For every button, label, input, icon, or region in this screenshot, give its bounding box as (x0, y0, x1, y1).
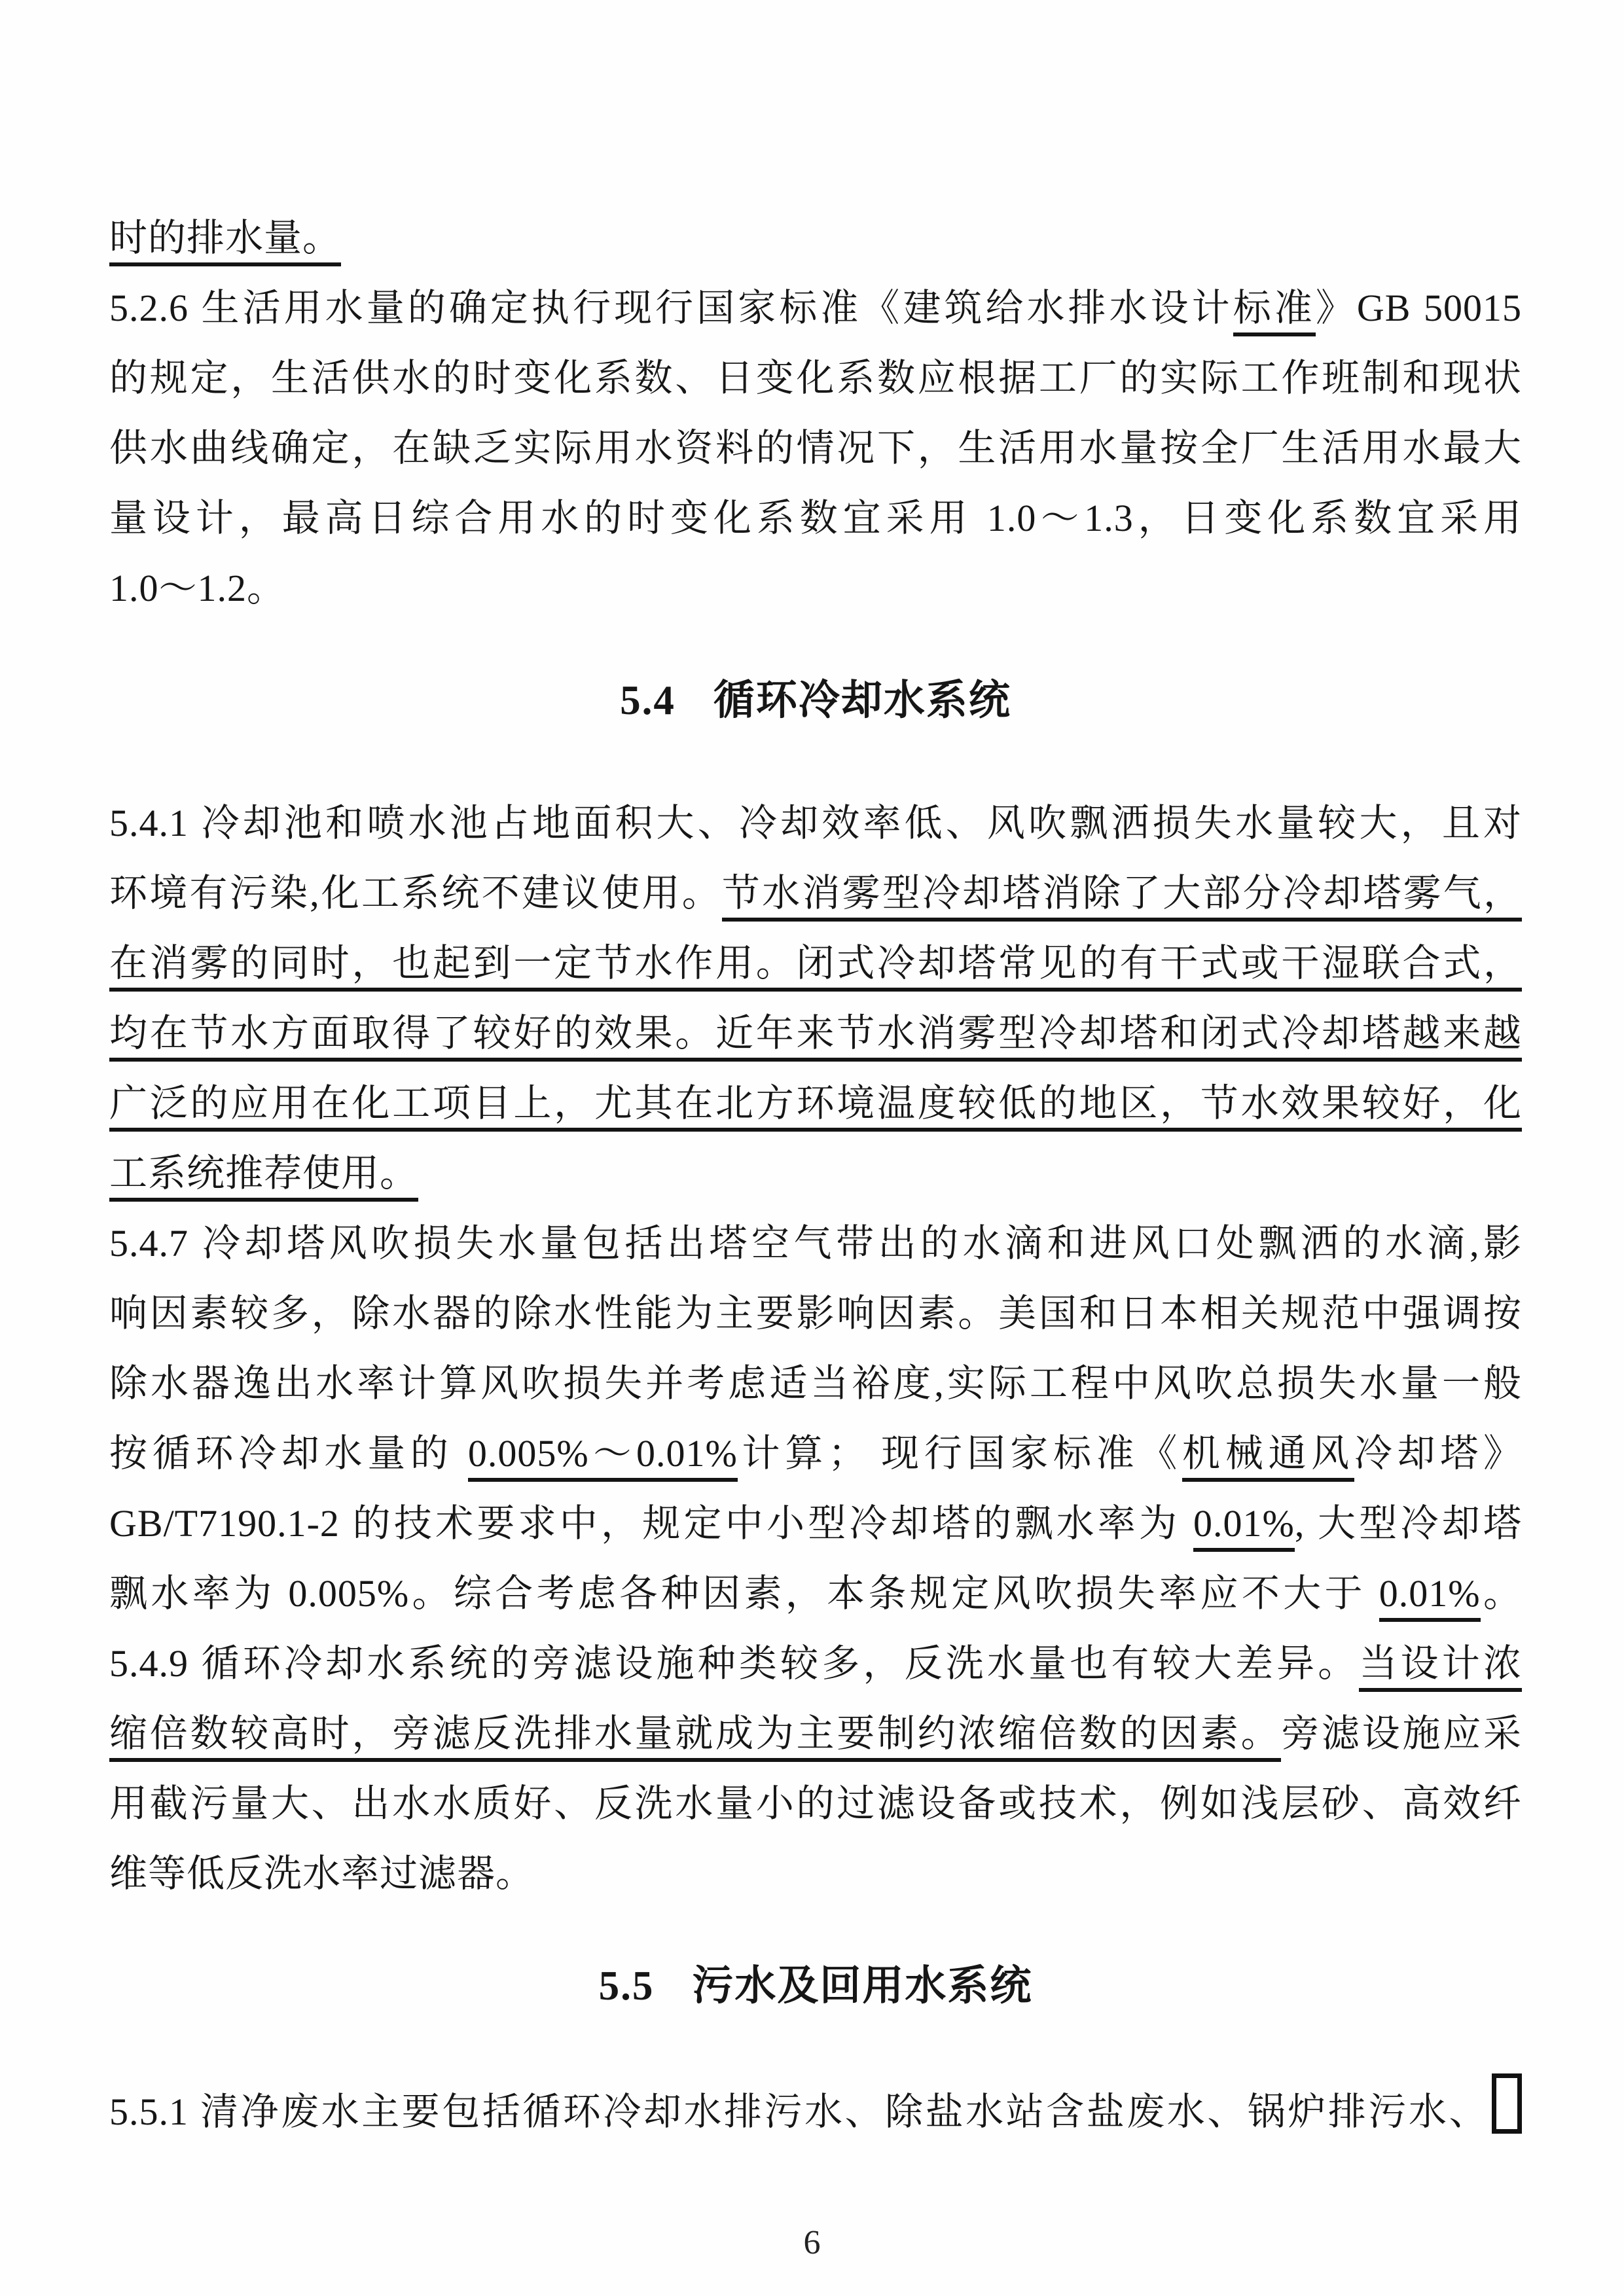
text-line: 除水器逸出水率计算风吹损失并考虑适当裕度,实际工程中风吹总损失水量一般 (109, 1348, 1522, 1418)
section-number: 5.5 (599, 1963, 655, 2009)
text-segment: 1.0～1.2。 (109, 567, 285, 609)
underlined-text: 当设计浓 (1359, 1642, 1522, 1692)
text-segment: 5.4.9 循环冷却水系统的旁滤设施种类较多，反洗水量也有较大差异。 (109, 1642, 1359, 1685)
text-segment: 按循环冷却水量的 (109, 1432, 468, 1475)
text-line: 量设计，最高日综合用水的时变化系数宜采用 1.0～1.3，日变化系数宜采用 (109, 483, 1522, 553)
document-page: 时的排水量。5.2.6 生活用水量的确定执行现行国家标准《建筑给水排水设计标准》… (0, 0, 1624, 2296)
text-segment: 环境有污染,化工系统不建议使用。 (109, 872, 722, 914)
underlined-text: 工系统推荐使用。 (109, 1152, 418, 1202)
text-segment: 维等低反洗水率过滤器。 (109, 1852, 534, 1895)
document-body: 时的排水量。5.2.6 生活用水量的确定执行现行国家标准《建筑给水排水设计标准》… (109, 203, 1522, 2147)
text-segment: 5.4.7 冷却塔风吹损失水量包括出塔空气带出的水滴和进风口处飘洒的水滴,影 (109, 1222, 1522, 1265)
section-heading: 5.4循环冷却水系统 (109, 670, 1522, 730)
text-segment: 响因素较多，除水器的除水性能为主要影响因素。美国和日本相关规范中强调按 (109, 1292, 1522, 1335)
text-segment: , 大型冷却塔 (1295, 1502, 1522, 1545)
text-line: 缩倍数较高时，旁滤反洗排水量就成为主要制约浓缩倍数的因素。旁滤设施应采 (109, 1698, 1522, 1768)
text-line: 飘水率为 0.005%。综合考虑各种因素，本条规定风吹损失率应不大于 0.01%… (109, 1558, 1522, 1628)
underlined-text: 0.01% (1379, 1572, 1481, 1622)
text-segment: 5.4.1 冷却池和喷水池占地面积大、冷却效率低、风吹飘洒损失水量较大，且对 (109, 802, 1522, 844)
text-line: 5.5.1 清净废水主要包括循环冷却水排污水、除盐水站含盐废水、锅炉排污水、 (109, 2073, 1522, 2147)
text-line: 5.2.6 生活用水量的确定执行现行国家标准《建筑给水排水设计标准》GB 500… (109, 273, 1522, 343)
text-segment: 。 (1481, 1572, 1522, 1615)
text-line: 按循环冷却水量的 0.005%～0.01%计算； 现行国家标准《机械通风冷却塔》 (109, 1418, 1522, 1488)
underlined-text: 0.005%～0.01% (468, 1432, 738, 1482)
underlined-text: 在消雾的同时，也起到一定节水作用。闭式冷却塔常见的有干式或干湿联合式， (109, 942, 1522, 992)
text-segment: 5.2.6 生活用水量的确定执行现行国家标准《建筑给水排水设计 (109, 287, 1233, 329)
text-line: 5.4.9 循环冷却水系统的旁滤设施种类较多，反洗水量也有较大差异。当设计浓 (109, 1628, 1522, 1698)
text-segment: 冷却塔》 (1354, 1432, 1522, 1475)
text-segment: 用截污量大、出水水质好、反洗水量小的过滤设备或技术，例如浅层砂、高效纤 (109, 1782, 1522, 1825)
text-segment: 飘水率为 0.005%。综合考虑各种因素，本条规定风吹损失率应不大于 (109, 1572, 1379, 1615)
text-segment: 计算； 现行国家标准《 (738, 1432, 1182, 1475)
text-line: 在消雾的同时，也起到一定节水作用。闭式冷却塔常见的有干式或干湿联合式， (109, 928, 1522, 998)
underlined-text: 0.01% (1193, 1502, 1295, 1552)
underlined-text: 标准 (1233, 287, 1316, 336)
text-cursor (1492, 2073, 1522, 2134)
underlined-text: 缩倍数较高时，旁滤反洗排水量就成为主要制约浓缩倍数的因素。 (109, 1712, 1281, 1762)
text-segment: 5.5.1 清净废水主要包括循环冷却水排污水、除盐水站含盐废水、锅炉排污水、 (109, 2090, 1489, 2133)
text-line: 维等低反洗水率过滤器。 (109, 1839, 1522, 1909)
text-line: 工系统推荐使用。 (109, 1138, 1522, 1208)
underlined-text: 节水消雾型冷却塔消除了大部分冷却塔雾气， (722, 872, 1522, 922)
text-line: 广泛的应用在化工项目上，尤其在北方环境温度较低的地区，节水效果较好，化 (109, 1068, 1522, 1138)
text-segment: 除水器逸出水率计算风吹损失并考虑适当裕度,实际工程中风吹总损失水量一般 (109, 1362, 1522, 1405)
text-line: 均在节水方面取得了较好的效果。近年来节水消雾型冷却塔和闭式冷却塔越来越 (109, 998, 1522, 1068)
text-line: 响因素较多，除水器的除水性能为主要影响因素。美国和日本相关规范中强调按 (109, 1278, 1522, 1348)
section-heading: 5.5污水及回用水系统 (109, 1956, 1522, 2016)
text-line: GB/T7190.1-2 的技术要求中，规定中小型冷却塔的飘水率为 0.01%,… (109, 1488, 1522, 1558)
underlined-text: 机械通风 (1182, 1432, 1354, 1482)
text-line: 时的排水量。 (109, 203, 1522, 273)
text-line: 的规定，生活供水的时变化系数、日变化系数应根据工厂的实际工作班制和现状 (109, 343, 1522, 413)
underlined-text: 均在节水方面取得了较好的效果。近年来节水消雾型冷却塔和闭式冷却塔越来越 (109, 1012, 1522, 1062)
text-line: 5.4.1 冷却池和喷水池占地面积大、冷却效率低、风吹飘洒损失水量较大，且对 (109, 788, 1522, 858)
text-segment: 供水曲线确定，在缺乏实际用水资料的情况下，生活用水量按全厂生活用水最大 (109, 427, 1522, 469)
text-segment: GB/T7190.1-2 的技术要求中，规定中小型冷却塔的飘水率为 (109, 1502, 1193, 1545)
text-segment: 的规定，生活供水的时变化系数、日变化系数应根据工厂的实际工作班制和现状 (109, 357, 1522, 399)
section-number: 5.4 (620, 677, 676, 723)
text-line: 1.0～1.2。 (109, 553, 1522, 623)
text-line: 5.4.7 冷却塔风吹损失水量包括出塔空气带出的水滴和进风口处飘洒的水滴,影 (109, 1208, 1522, 1278)
underlined-text: 广泛的应用在化工项目上，尤其在北方环境温度较低的地区，节水效果较好，化 (109, 1082, 1522, 1132)
section-title: 循环冷却水系统 (713, 677, 1011, 723)
page-number: 6 (0, 2223, 1624, 2262)
underlined-text: 时的排水量。 (109, 217, 341, 266)
text-segment: 旁滤设施应采 (1281, 1712, 1522, 1755)
text-segment: 》GB 50015 (1316, 287, 1522, 329)
section-title: 污水及回用水系统 (692, 1963, 1032, 2009)
text-segment: 量设计，最高日综合用水的时变化系数宜采用 1.0～1.3，日变化系数宜采用 (109, 497, 1522, 539)
text-line: 用截污量大、出水水质好、反洗水量小的过滤设备或技术，例如浅层砂、高效纤 (109, 1768, 1522, 1839)
text-line: 供水曲线确定，在缺乏实际用水资料的情况下，生活用水量按全厂生活用水最大 (109, 413, 1522, 483)
text-line: 环境有污染,化工系统不建议使用。节水消雾型冷却塔消除了大部分冷却塔雾气， (109, 858, 1522, 928)
